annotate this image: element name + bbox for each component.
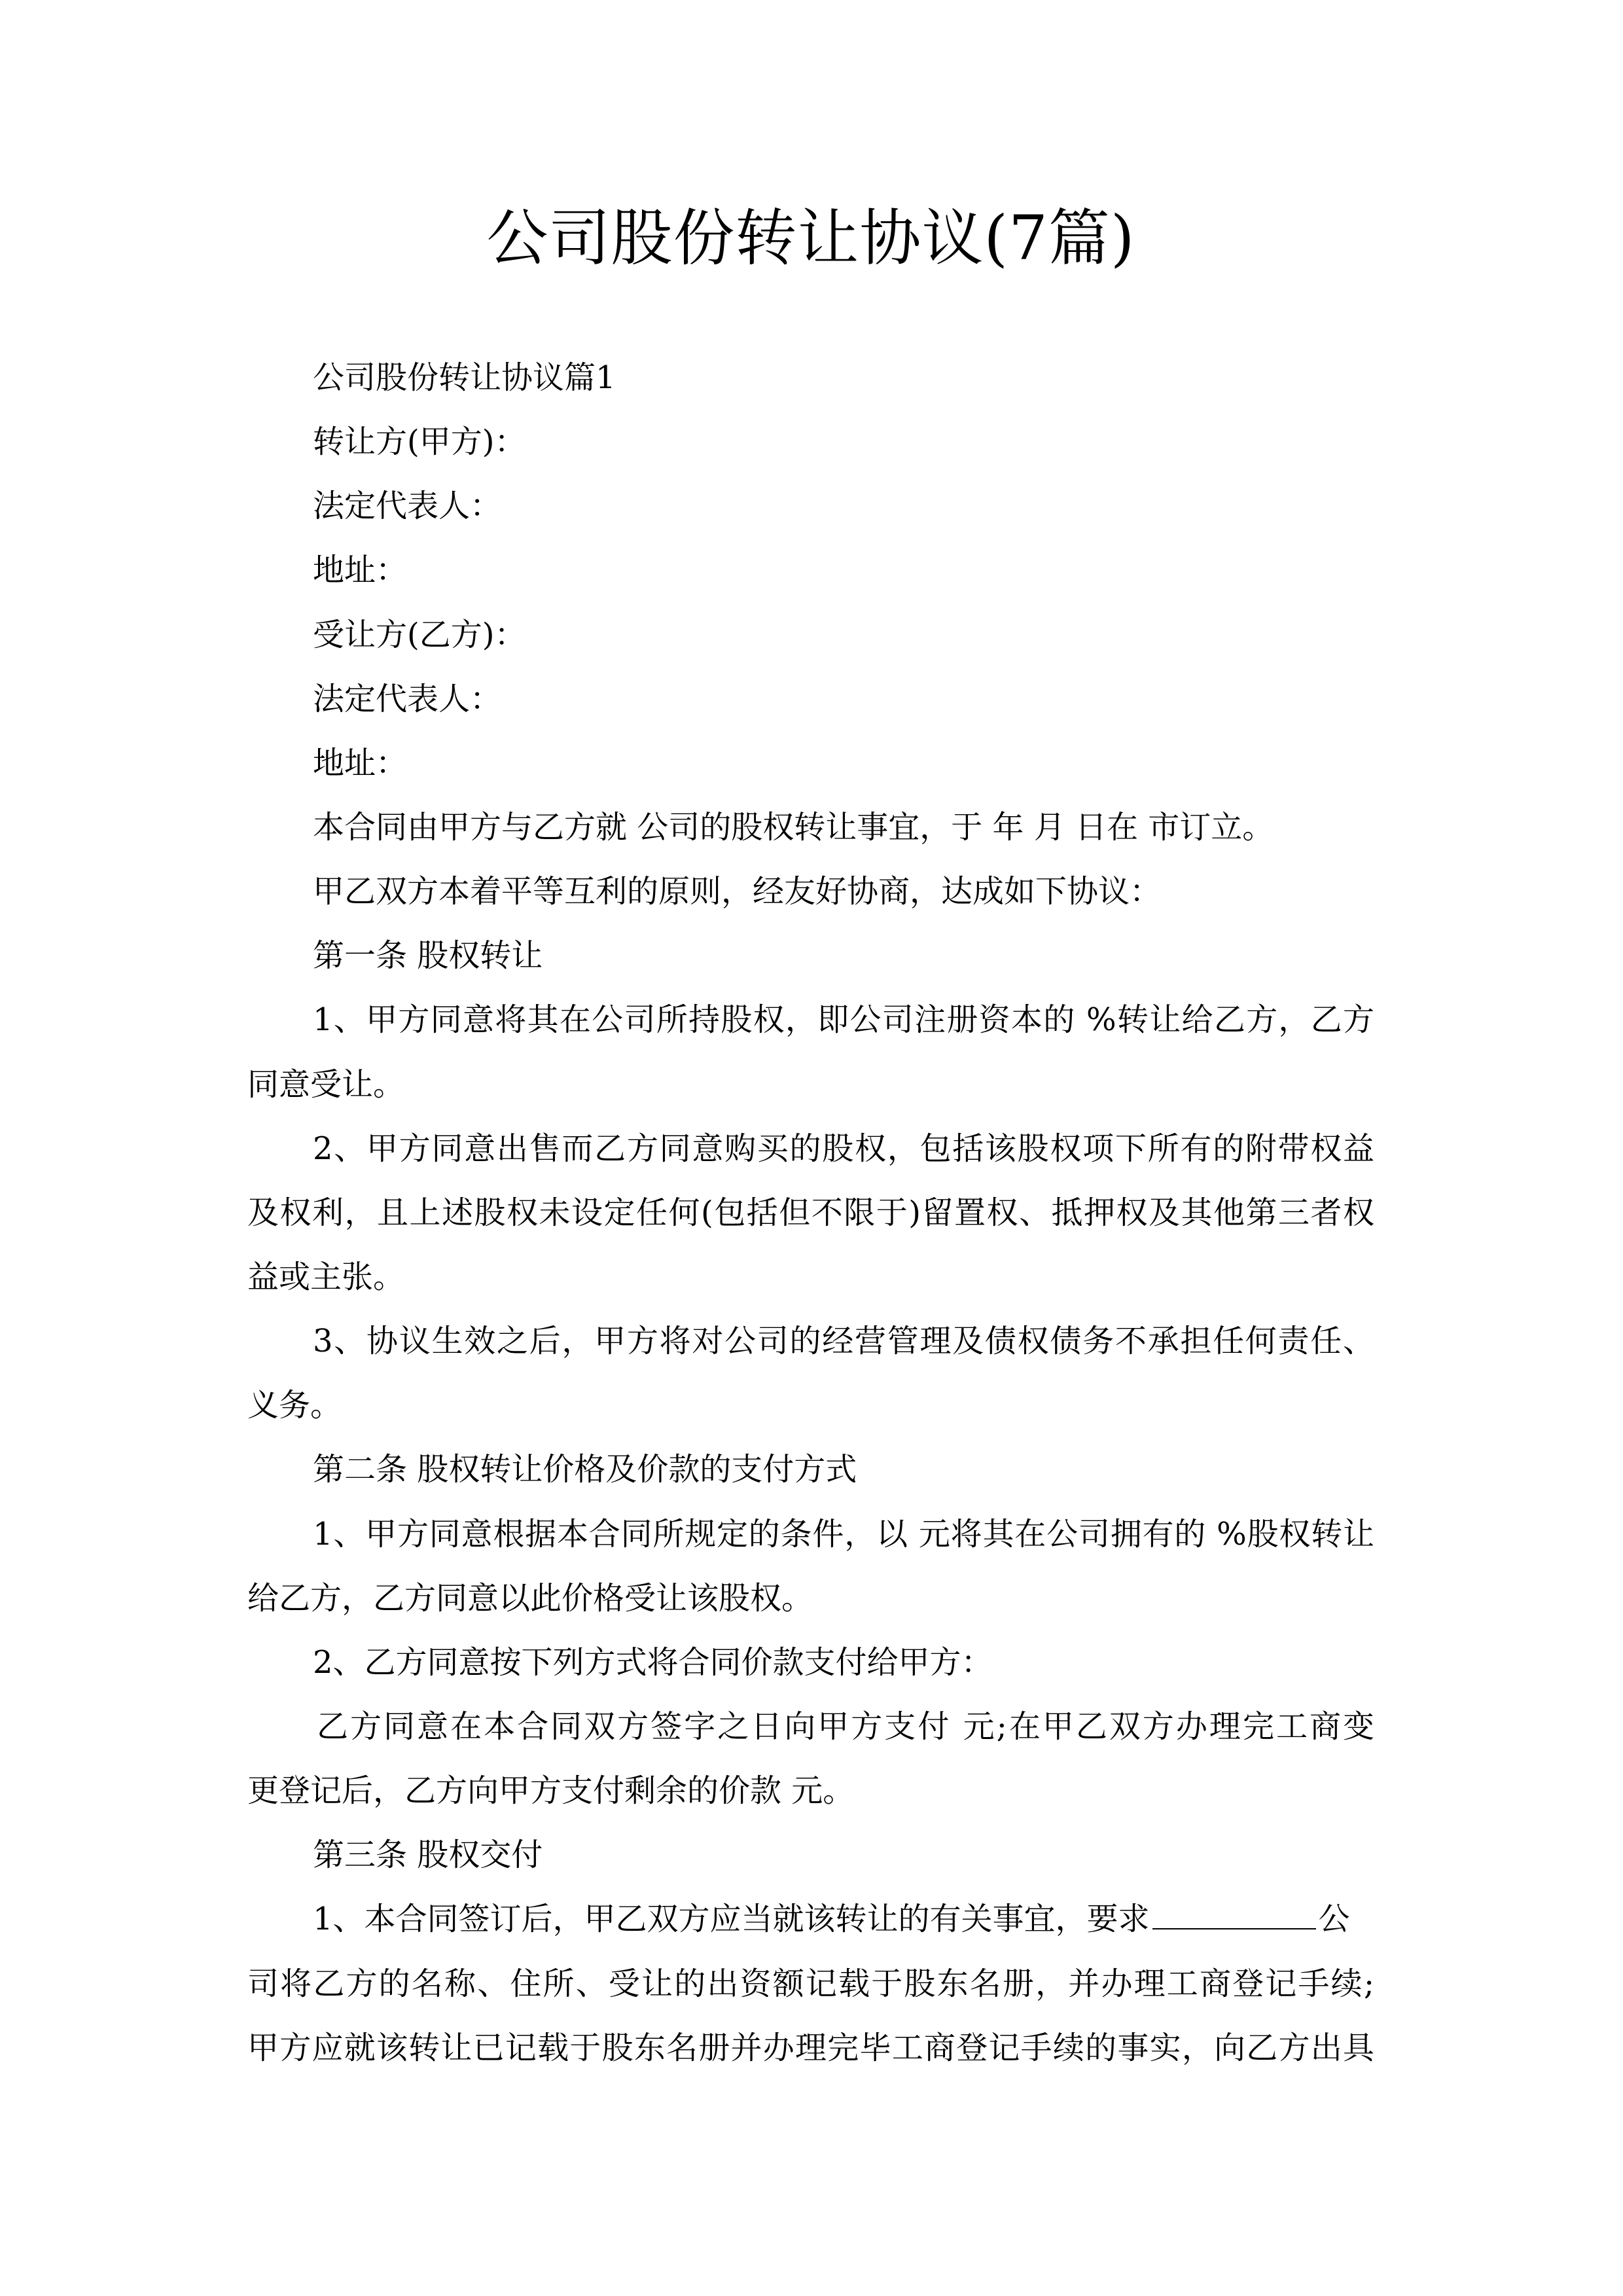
transferor-label: 转让方(甲方)：	[247, 410, 1374, 474]
article-2-clause-1-line-1: 1、甲方同意根据本合同所规定的条件，以 元将其在公司拥有的 %股权转让	[247, 1502, 1374, 1566]
article-2-payment-terms-line-2: 更登记后，乙方向甲方支付剩余的价款 元。	[247, 1759, 1374, 1823]
transferee-legal-rep-label: 法定代表人：	[247, 667, 1374, 731]
article-2-clause-1-line-2: 给乙方，乙方同意以此价格受让该股权。	[247, 1566, 1374, 1630]
article-1-clause-3-line-1: 3、协议生效之后，甲方将对公司的经营管理及债权债务不承担任何责任、	[247, 1309, 1374, 1373]
article-1-clause-1-line-2: 同意受让。	[247, 1052, 1374, 1117]
article-3-clause-1-text-before-blank: 1、本合同签订后，甲乙双方应当就该转让的有关事宜，要求	[313, 1901, 1150, 1937]
company-name-blank	[1152, 1899, 1316, 1929]
article-2-clause-2: 2、乙方同意按下列方式将合同价款支付给甲方：	[247, 1630, 1374, 1695]
article-1-clause-2-line-1: 2、甲方同意出售而乙方同意购买的股权，包括该股权项下所有的附带权益	[247, 1117, 1374, 1181]
article-1-clause-3-line-2: 义务。	[247, 1373, 1374, 1437]
transferee-label: 受让方(乙方)：	[247, 603, 1374, 667]
article-3-heading: 第三条 股权交付	[247, 1823, 1374, 1887]
section-heading-part-1: 公司股份转让协议篇1	[247, 346, 1374, 410]
article-2-payment-terms-line-1: 乙方同意在本合同双方签字之日向甲方支付 元;在甲乙双方办理完工商变	[247, 1695, 1374, 1759]
article-1-heading: 第一条 股权转让	[247, 924, 1374, 988]
article-3-clause-1-text-after-blank: 公	[1319, 1901, 1350, 1937]
transferor-legal-rep-label: 法定代表人：	[247, 474, 1374, 538]
transferee-address-label: 地址：	[247, 731, 1374, 795]
article-3-clause-1-line-1: 1、本合同签订后，甲乙双方应当就该转让的有关事宜，要求公	[247, 1887, 1374, 1951]
article-1-clause-2-line-2: 及权利，且上述股权未设定任何(包括但不限于)留置权、抵押权及其他第三者权	[247, 1181, 1374, 1245]
article-2-heading: 第二条 股权转让价格及价款的支付方式	[247, 1437, 1374, 1501]
document-page: 公司股份转让协议(7篇) 公司股份转让协议篇1 转让方(甲方)： 法定代表人： …	[0, 0, 1623, 2296]
article-3-clause-1-line-3: 甲方应就该转让已记载于股东名册并办理完毕工商登记手续的事实，向乙方出具	[247, 2016, 1374, 2080]
contract-intro-paragraph: 本合同由甲方与乙方就 公司的股权转让事宜，于 年 月 日在 市订立。	[247, 795, 1374, 859]
article-3-clause-1-line-2: 司将乙方的名称、住所、受让的出资额记载于股东名册，并办理工商登记手续;	[247, 1952, 1374, 2016]
article-1-clause-2-line-3: 益或主张。	[247, 1245, 1374, 1309]
agreement-principle-paragraph: 甲乙双方本着平等互利的原则，经友好协商，达成如下协议：	[247, 859, 1374, 924]
transferor-address-label: 地址：	[247, 538, 1374, 602]
article-1-clause-1-line-1: 1、甲方同意将其在公司所持股权，即公司注册资本的 %转让给乙方，乙方	[247, 988, 1374, 1052]
document-title: 公司股份转让协议(7篇)	[247, 200, 1374, 278]
document-body: 公司股份转让协议篇1 转让方(甲方)： 法定代表人： 地址： 受让方(乙方)： …	[247, 346, 1374, 2080]
